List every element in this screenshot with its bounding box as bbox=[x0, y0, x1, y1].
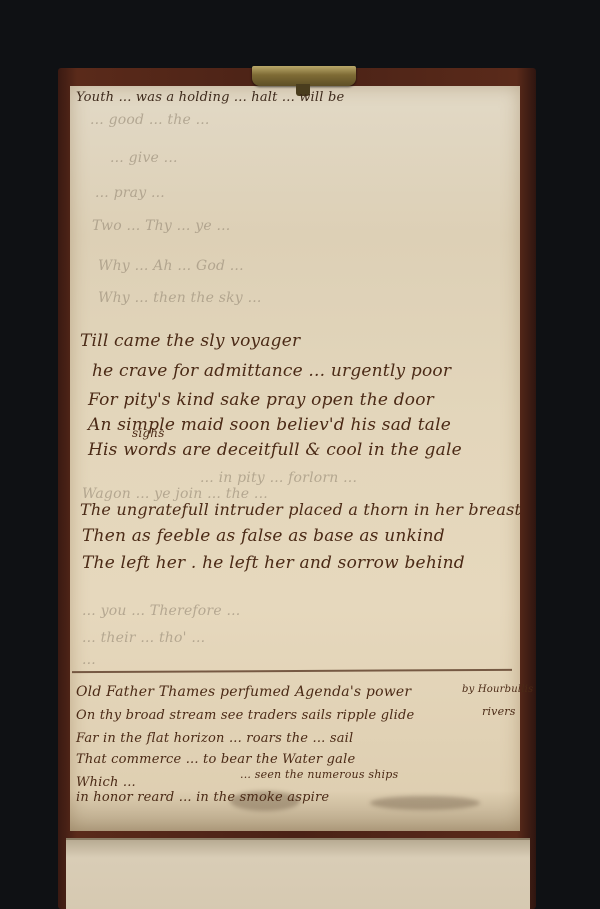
ink-line: His words are deceitfull & cool in the g… bbox=[88, 440, 462, 460]
brass-clasp bbox=[252, 66, 356, 86]
margin-note: ... seen the numerous ships bbox=[240, 768, 398, 781]
lower-ink-line: On thy broad stream see traders sails ri… bbox=[76, 708, 414, 723]
margin-note: rivers bbox=[482, 705, 516, 718]
ink-line: The ungratefull intruder placed a thorn … bbox=[80, 500, 521, 519]
faint-line: ... bbox=[82, 652, 96, 668]
faint-line: Two ... Thy ... ye ... bbox=[92, 218, 230, 234]
margin-note: by Hourbullis bbox=[462, 684, 533, 695]
lower-ink-line: Far in the flat horizon ... roars the ..… bbox=[76, 731, 353, 746]
faint-line: ... good ... the ... bbox=[90, 112, 210, 128]
lower-ink-line: Old Father Thames perfumed Agenda's powe… bbox=[76, 684, 411, 700]
ink-line: The left her . he left her and sorrow be… bbox=[82, 553, 465, 573]
top-handwritten-line: Youth ... was a holding ... halt ... wil… bbox=[76, 90, 344, 105]
faint-line: ... give ... bbox=[110, 150, 178, 166]
faint-line: ... you ... Therefore ... bbox=[82, 603, 240, 619]
lower-ink-line: in honor reard ... in the smoke aspire bbox=[76, 790, 329, 805]
faint-line: ... in pity ... forlorn ... bbox=[200, 470, 357, 486]
ink-line: he crave for admittance ... urgently poo… bbox=[92, 361, 451, 381]
faint-line: Why ... then the sky ... bbox=[98, 290, 262, 306]
lower-ink-line: That commerce ... to bear the Water gale bbox=[76, 752, 355, 767]
ink-line: Then as feeble as false as base as unkin… bbox=[82, 526, 445, 546]
lower-page-edge bbox=[66, 838, 530, 909]
superscript-insertion: sighs bbox=[132, 426, 165, 440]
faint-line: ... pray ... bbox=[95, 185, 165, 201]
stain bbox=[370, 796, 480, 810]
faint-line: Why ... Ah ... God ... bbox=[98, 258, 244, 274]
faint-line: ... their ... tho' ... bbox=[82, 630, 205, 646]
ink-line: For pity's kind sake pray open the door bbox=[88, 390, 434, 410]
ink-line: Till came the sly voyager bbox=[80, 331, 300, 351]
lower-ink-line: Which ... bbox=[76, 775, 136, 790]
